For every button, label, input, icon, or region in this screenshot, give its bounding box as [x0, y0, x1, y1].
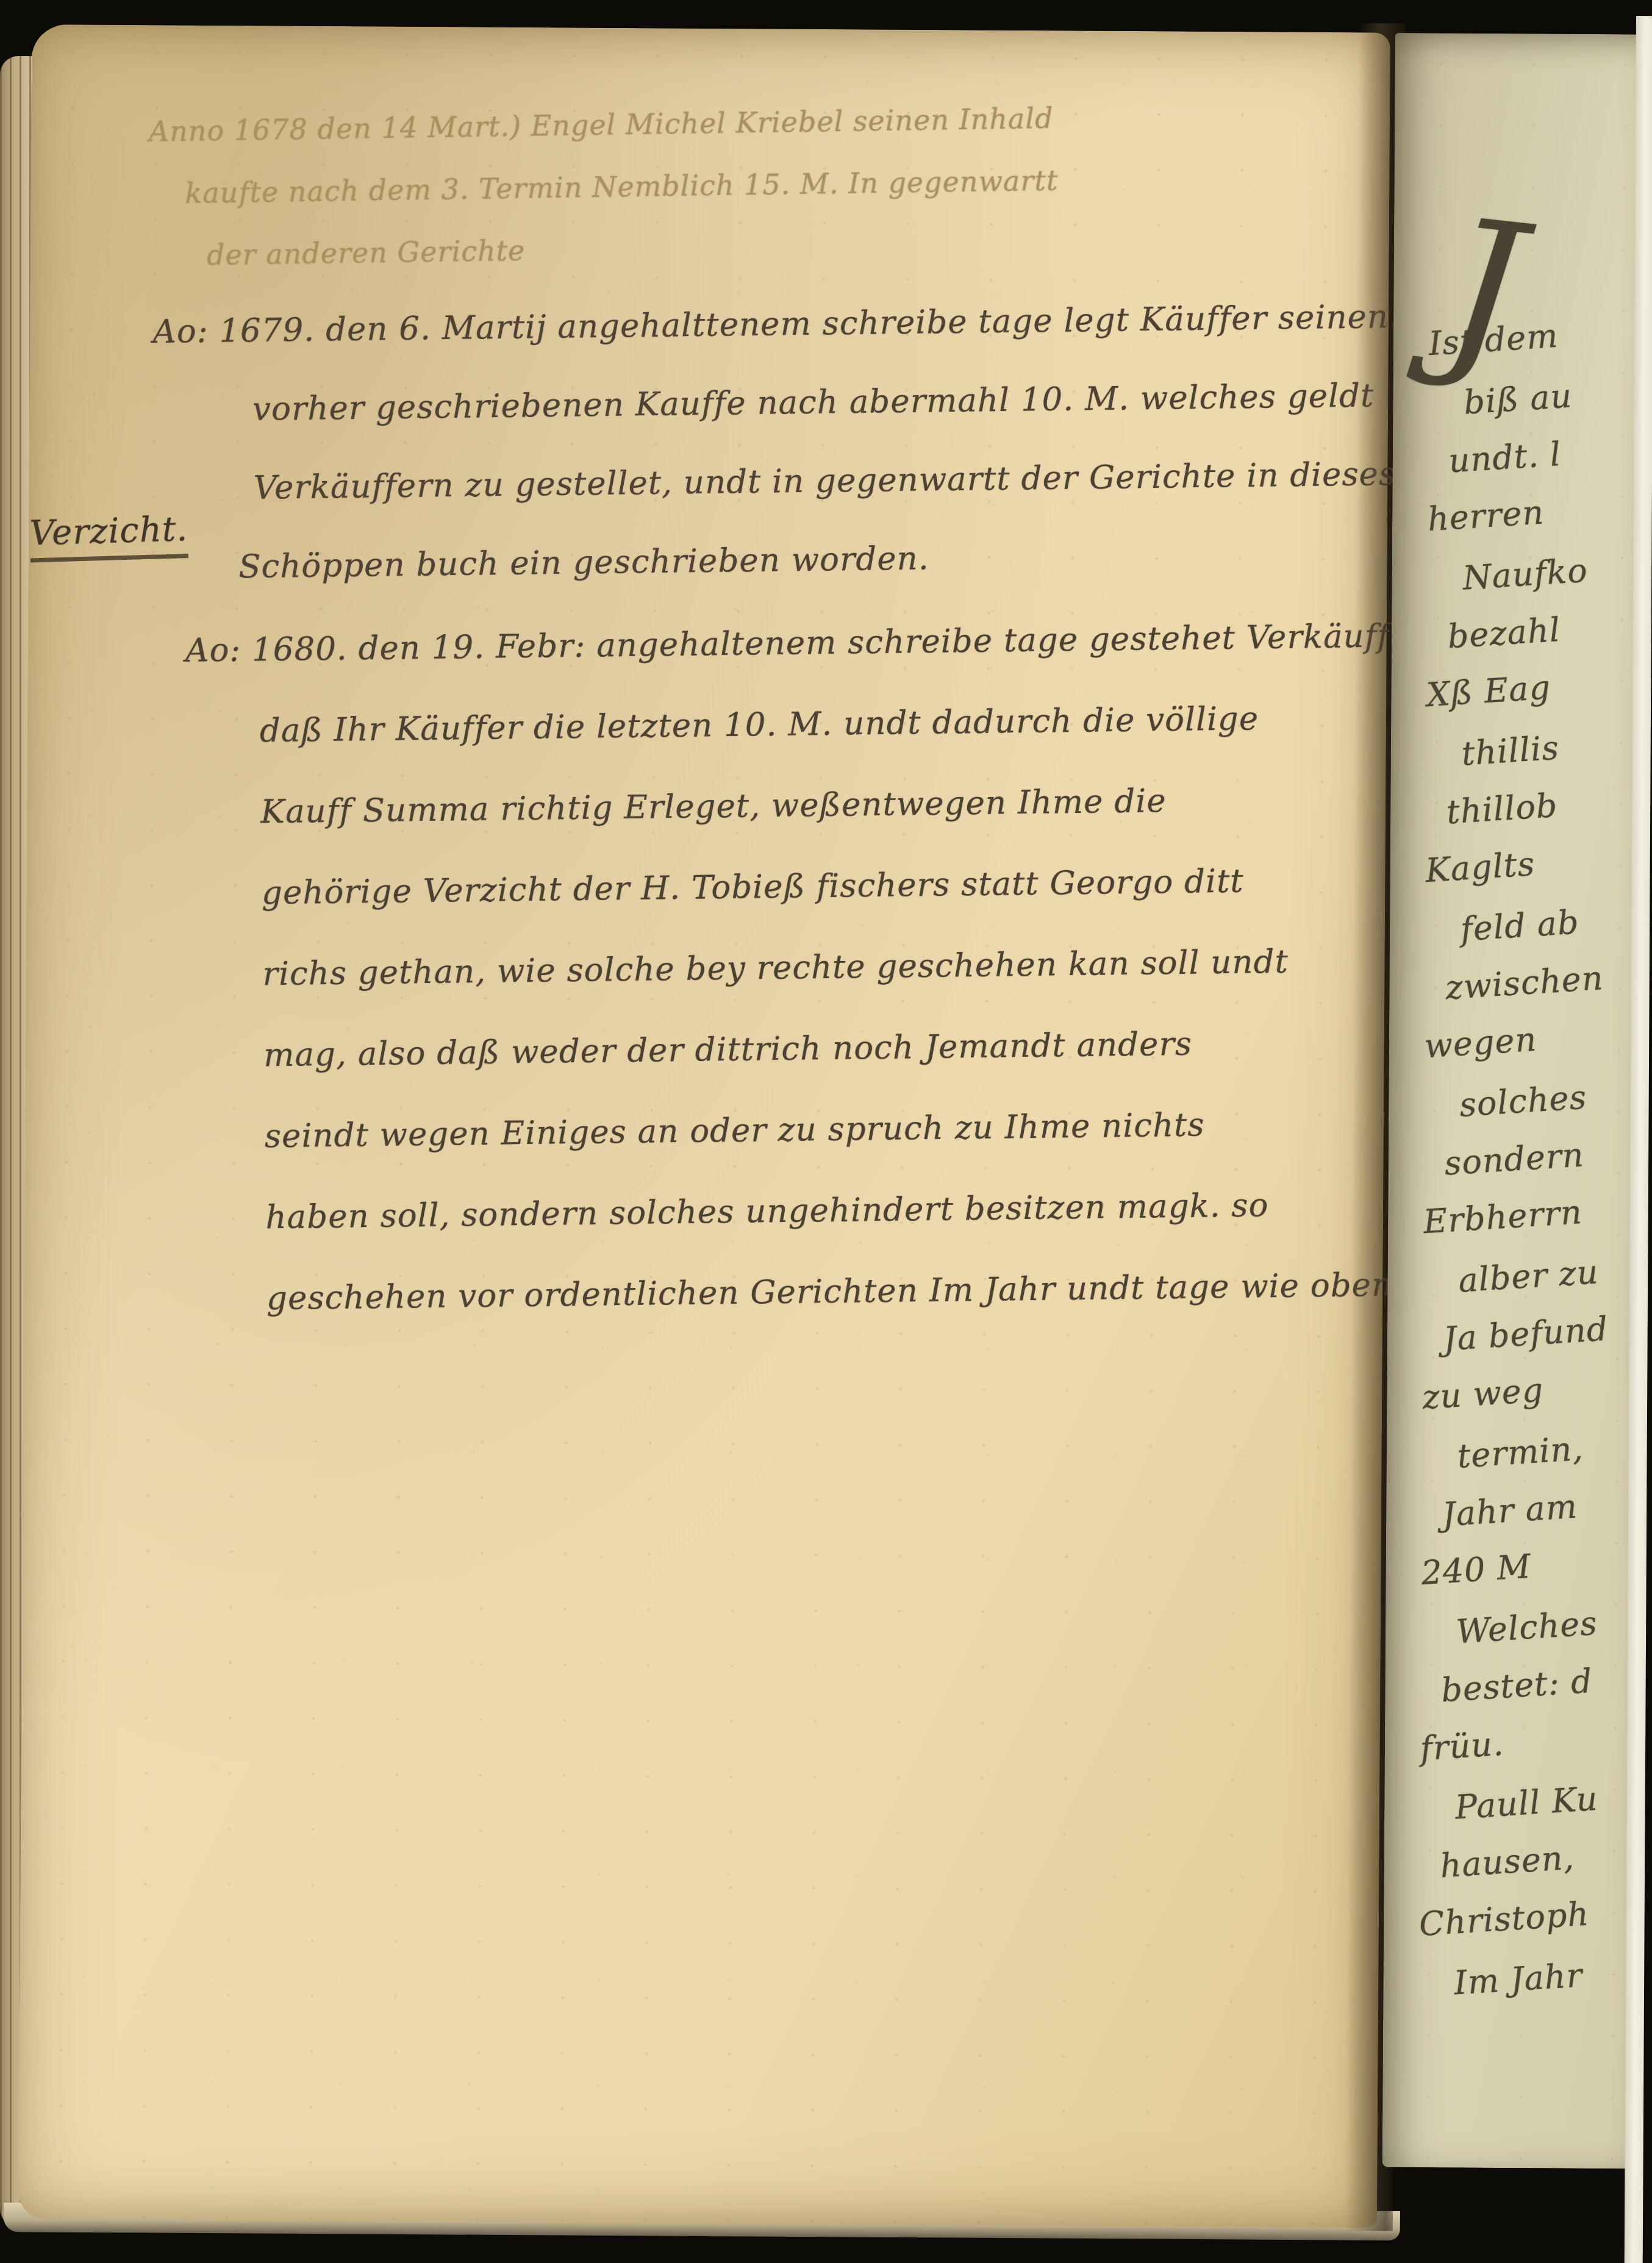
manuscript-scan: Anno 1678 den 14 Mart.) Engel Michel Kri…	[0, 0, 1652, 2263]
left-manuscript-page: Anno 1678 den 14 Mart.) Engel Michel Kri…	[18, 24, 1390, 2228]
fragment-line: solches	[1457, 1067, 1611, 1135]
fragment-line: thillis	[1460, 715, 1614, 784]
fragment-line: zu weg	[1420, 1357, 1609, 1427]
fragment-line: Ist dem	[1427, 303, 1616, 373]
fragment-line: Xß Eag	[1425, 654, 1614, 724]
right-facing-page-sliver: J Ist dembiß auundt. lherrenNaufkobezahl…	[1382, 33, 1640, 2168]
fragment-line: biß au	[1462, 364, 1615, 432]
fragment-line: Kaglts	[1424, 830, 1613, 900]
fragment-line: feld ab	[1459, 891, 1612, 959]
entry-1679-line: Schöppen buch ein geschrieben worden.	[238, 513, 1397, 606]
margin-note-verzicht: Verzicht.	[29, 509, 189, 562]
fragment-line: Paull Ku	[1453, 1769, 1607, 1837]
fragment-line: Im Jahr	[1452, 1945, 1606, 2013]
faded-header-note: Anno 1678 den 14 Mart.) Engel Michel Kri…	[148, 87, 1059, 287]
entry-1680-line: haben soll, sondern solches ungehindert …	[265, 1162, 1465, 1258]
entry-1680: Ao: 1680. den 19. Febr: angehaltenem sch…	[185, 595, 1466, 1340]
fragment-line: Christoph	[1417, 1884, 1606, 1954]
entry-1680-line: mag, also daß weder der dittrich noch Je…	[263, 1000, 1463, 1096]
fragment-line: Erbherrn	[1421, 1181, 1611, 1251]
entry-1680-line: geschehen vor ordentlichen Gerichten Im …	[266, 1243, 1466, 1339]
faded-header-line: kaufte nach dem 3. Termin Nemblich 15. M…	[185, 149, 1059, 224]
entry-1679: Ao: 1679. den 6. Martij angehalttenem sc…	[152, 277, 1398, 607]
entry-1679-line: Ao: 1679. den 6. Martij angehalttenem sc…	[152, 277, 1395, 371]
entry-1680-line: richs gethan, wie solche bey rechte gesc…	[262, 919, 1462, 1015]
entry-1680-line: gehörige Verzicht der H. Tobieß fischers…	[261, 838, 1461, 934]
fragment-line: herren	[1426, 479, 1615, 549]
entry-1679-line: Verkäuffern zu gestellet, undt in gegenw…	[253, 435, 1396, 527]
entry-1680-line: daß Ihr Käuffer die letzten 10. M. undt …	[259, 676, 1459, 771]
entry-1680-line: Kauff Summa richtig Erleget, weßentwegen…	[260, 757, 1461, 853]
right-page-fragments: Ist dembiß auundt. lherrenNaufkobezahlXß…	[1418, 315, 1615, 2014]
fragment-line: alber zu	[1456, 1242, 1610, 1310]
fragment-line: früu.	[1418, 1708, 1607, 1778]
faded-header-line: der anderen Gerichte	[206, 212, 1059, 287]
fragment-line: Welches	[1454, 1593, 1608, 1662]
fragment-line: wegen	[1423, 1006, 1612, 1076]
fragment-line: termin,	[1456, 1418, 1609, 1486]
entry-1680-line: seindt wegen Einiges an oder zu spruch z…	[264, 1081, 1464, 1177]
fragment-line: Naufko	[1461, 540, 1614, 608]
entry-1679-line: vorher geschriebenen Kauffe nach abermah…	[252, 356, 1395, 449]
entry-1680-line: Ao: 1680. den 19. Febr: angehaltenem sch…	[185, 595, 1458, 691]
fragment-line: 240 M	[1420, 1532, 1609, 1603]
